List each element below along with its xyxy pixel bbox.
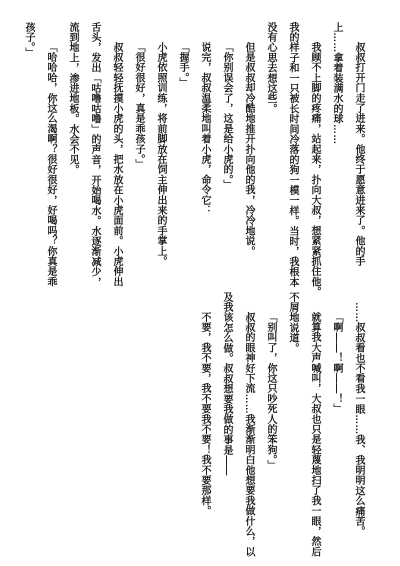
lower-text-block: ……叔叔看也不看我一眼……我、我明明这么痛苦。 「啊——！啊——！」 就算我大声… xyxy=(193,292,369,550)
text-line: 我顾不上脚的疼痛，站起来，扑向大叔，想紧紧抓住他。 xyxy=(303,22,325,290)
text-line: 孩子。」 xyxy=(17,22,39,290)
text-line: ……叔叔看也不看我一眼……我、我明明这么痛苦。 xyxy=(347,292,369,550)
text-line: 叔叔轻轻抚摸小虎的头，把水放在小虎面前。小虎伸出 xyxy=(105,22,127,290)
text-line: 「别叫了，你这只吵死人的笨狗。」 xyxy=(259,292,281,550)
text-line: 没有心思去想这些。 xyxy=(259,22,281,290)
text-line: 不要，我不要，我不要我不要！我不要那样。 xyxy=(193,292,215,550)
text-line: 小虎依照训练，将前脚放在饲主伸出来的手掌上。 xyxy=(149,22,171,290)
upper-text-block: 叔叔打开门走了进来。他终于愿意进来了。他的手 上……拿着装满水的球…… 我顾不上… xyxy=(17,22,369,290)
manuscript-page: 叔叔打开门走了进来。他终于愿意进来了。他的手 上……拿着装满水的球…… 我顾不上… xyxy=(0,0,400,566)
text-line: 但是叔叔却冷酷地推开扑向他的我，冷冷地说。 xyxy=(237,22,259,290)
text-line: 「啊——！啊——！」 xyxy=(325,292,347,550)
text-line: 「哈哈哈，你这么渴啊？很好很好，好喝吗？你真是乖 xyxy=(39,22,61,290)
text-line: 「握手。」 xyxy=(171,22,193,290)
text-line: 及我该怎么做。叔叔想要我做的事是—— xyxy=(215,292,237,550)
text-line: 舌头，发出「咕噜咕噜」的声音，开始喝水。水逐渐减少， xyxy=(83,22,105,290)
text-line: 「很好很好，真是乖孩子。」 xyxy=(127,22,149,290)
text-line: 「你别误会了，这是给小虎的。」 xyxy=(215,22,237,290)
text-line: 上……拿着装满水的球…… xyxy=(325,22,347,290)
text-line: 不屑地说道。 xyxy=(281,292,303,550)
text-line: 叔叔的眼神好下流……我渐渐明白他想要我做什么，以 xyxy=(237,292,259,550)
text-line: 说完，叔叔温柔地叫着小虎，命令它： xyxy=(193,22,215,290)
text-line: 就算我大声喊叫，大叔也只是轻蔑地扫了我一眼，然后 xyxy=(303,292,325,550)
text-line: 我的样子和一只被长时间冷落的狗一模一样。当时，我根本 xyxy=(281,22,303,290)
text-line: 流到地上，渗进地板。水会不见。 xyxy=(61,22,83,290)
text-line: 叔叔打开门走了进来。他终于愿意进来了。他的手 xyxy=(347,22,369,290)
